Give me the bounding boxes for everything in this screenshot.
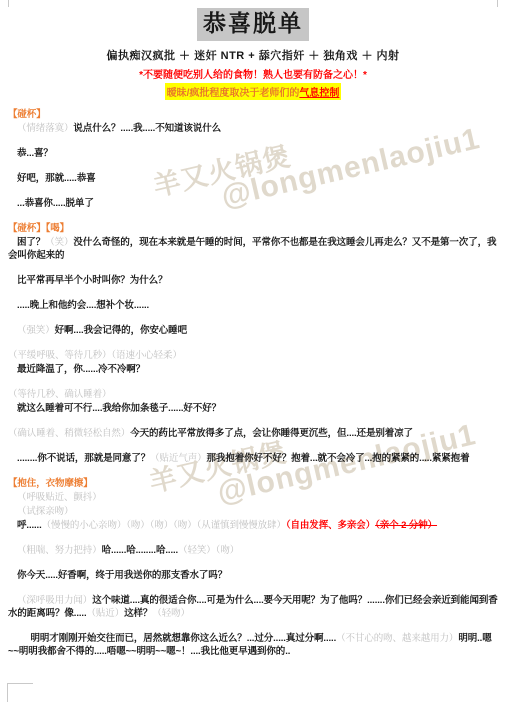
stage-direction: （粗喘、努力把持） — [17, 545, 102, 556]
dialog-text: ...恭喜你.....脱单了 — [17, 198, 94, 209]
dialog-text: 就这么睡着可不行....我给你加条毯子......好不好？ — [17, 403, 221, 414]
script-paragraph: 你今天.....好香啊，终于用我送你的那支香水了吗？ — [8, 569, 498, 582]
highlight-emphasis-text: 气息控制 — [299, 88, 339, 99]
stage-direction: （呼吸贴近、颤抖） — [17, 492, 102, 503]
stage-direction: （轻吻） — [152, 608, 190, 619]
document-header: 恭喜脱单 偏执痴汉疯批 ＋ 迷奸 NTR + 舔穴指奸 ＋ 独角戏 ＋ 内射 *… — [8, 8, 498, 101]
script-paragraph: 恭...喜？ — [8, 147, 498, 160]
script-paragraph: （等待几秒、确认睡着） — [8, 388, 498, 401]
highlight-line: 暧昧/疯批程度取决于老师们的气息控制 — [165, 83, 342, 100]
stage-direction: （试探亲吻） — [17, 506, 73, 517]
script-paragraph: 【抱住，衣物摩擦】 — [8, 477, 498, 490]
page-margin-mark-bottom-left — [7, 683, 33, 702]
script-paragraph: （呼吸贴近、颤抖） — [8, 491, 498, 504]
script-paragraph: （试探亲吻） — [8, 505, 498, 518]
dialog-text: 明明才刚刚开始交往而已，居然就想靠你这么近么？...过分.....真过分啊...… — [31, 633, 337, 644]
script-paragraph: 【碰杯】【喝】 — [8, 222, 498, 235]
script-paragraph: 比平常再早半个小时叫你？为什么？ — [8, 274, 498, 287]
script-paragraph: ........你不说话，那就是同意了？（贴近气声）那我抱着你好不好？抱着...… — [8, 452, 498, 465]
script-paragraph: 明明才刚刚开始交往而已，居然就想靠你这么近么？...过分.....真过分啊...… — [8, 632, 498, 658]
script-paragraph: 困了？（笑）没什么奇怪的，现在本来就是午睡的时间，平常你不也都是在我这睡会儿再走… — [8, 236, 498, 262]
stage-direction: （确认睡着、稍微轻松自然） — [8, 428, 130, 439]
stage-direction: （不甘心的吻、越来越用力） — [336, 633, 458, 644]
warning-line: *不要随便吃别人给的食物！熟人也要有防备之心！* — [8, 66, 498, 81]
section-header: 【碰杯】【喝】 — [8, 223, 69, 234]
stage-direction: （强笑） — [17, 325, 55, 336]
script-paragraph: （情绪落寞）说点什么？.....我.....不知道该说什么 — [8, 122, 498, 135]
highlight-prefix-text: 暧昧/疯批程度取决于老师们的 — [167, 88, 300, 99]
script-paragraph: 呼......（慢慢的小心亲吻）（吻）（吻）（吻）（从谨慎到慢慢放肆）（自由发挥… — [8, 519, 498, 532]
dialog-text: 今天的药比平常放得多了点，会让你睡得更沉些，但....还是别着凉了 — [130, 428, 413, 439]
stage-direction: （贴近气声） — [150, 453, 206, 464]
stage-direction: （情绪落寞） — [17, 123, 73, 134]
script-paragraph: 【碰杯】 — [8, 108, 498, 121]
page-title: 恭喜脱单 — [197, 8, 309, 41]
document-content: 恭喜脱单 偏执痴汉疯批 ＋ 迷奸 NTR + 舔穴指奸 ＋ 独角戏 ＋ 内射 *… — [0, 0, 506, 658]
stage-direction: （平缓呼吸、等待几秒）（语速小心轻柔） — [8, 350, 182, 361]
section-header: 【抱住，衣物摩擦】 — [8, 478, 93, 489]
script-body: 【碰杯】（情绪落寞）说点什么？.....我.....不知道该说什么恭...喜？好… — [8, 108, 498, 658]
document-page: 羊又火锅煲 @longmenlaojiu1 羊又火锅煲 @longmenlaoj… — [0, 0, 506, 708]
dialog-text: 好吧，那就.....恭喜 — [17, 173, 96, 184]
script-paragraph: （确认睡着、稍微轻松自然）今天的药比平常放得多了点，会让你睡得更沉些，但....… — [8, 427, 498, 440]
dialog-text: .....晚上和他约会....想补个妆...... — [17, 300, 149, 311]
dialog-text: 恭...喜？ — [17, 148, 53, 159]
dialog-text: 没什么奇怪的，现在本来就是午睡的时间，平常你不也都是在我这睡会儿再走么？又不是第… — [8, 237, 496, 261]
script-paragraph: （强笑）好啊....我会记得的，你安心睡吧 — [8, 324, 498, 337]
highlight-row: 暧昧/疯批程度取决于老师们的气息控制 — [8, 83, 498, 101]
script-paragraph: （深呼吸用力闻）这个味道....真的很适合你....可是为什么....要今天用呢… — [8, 594, 498, 620]
dialog-text: 这样？ — [124, 608, 152, 619]
stage-direction: （慢慢的小心亲吻）（吻）（吻）（吻）（从谨慎到慢慢放肆） — [42, 520, 286, 531]
script-paragraph: （粗喘、努力把持）哈......哈........哈.....（轻笑）（吻） — [8, 544, 498, 557]
dialog-text: 比平常再早半个小时叫你？为什么？ — [17, 275, 167, 286]
script-paragraph: 就这么睡着可不行....我给你加条毯子......好不好？ — [8, 402, 498, 415]
stage-direction: （笑） — [45, 237, 73, 248]
stage-direction: （深呼吸用力闻） — [17, 595, 92, 606]
script-paragraph: 最近降温了，你......冷不冷啊？ — [8, 363, 498, 376]
dialog-text: 你今天.....好香啊，终于用我送你的那支香水了吗？ — [17, 570, 227, 581]
dialog-text: 困了？ — [17, 237, 45, 248]
script-paragraph: 好吧，那就.....恭喜 — [8, 172, 498, 185]
dialog-text: 好啊....我会记得的，你安心睡吧 — [55, 325, 187, 336]
dialog-text: 呼...... — [17, 520, 42, 531]
dialog-text: 最近降温了，你......冷不冷啊？ — [17, 364, 145, 375]
dialog-text: 哈......哈........哈..... — [102, 545, 178, 556]
stage-direction: （贴近） — [87, 608, 125, 619]
dialog-text: 说点什么？.....我.....不知道该说什么 — [73, 123, 221, 134]
script-paragraph: ...恭喜你.....脱单了 — [8, 197, 498, 210]
section-header: 【碰杯】 — [8, 109, 46, 120]
note-red-strikethrough: （亲个 2 分钟） — [375, 520, 437, 531]
stage-direction: （轻笑）（吻） — [178, 545, 239, 556]
script-paragraph: .....晚上和他约会....想补个妆...... — [8, 299, 498, 312]
script-paragraph: （平缓呼吸、等待几秒）（语速小心轻柔） — [8, 349, 498, 362]
tags-line: 偏执痴汉疯批 ＋ 迷奸 NTR + 舔穴指奸 ＋ 独角戏 ＋ 内射 — [8, 47, 498, 63]
stage-direction: （等待几秒、确认睡着） — [8, 389, 111, 400]
note-red: （自由发挥、多亲会） — [286, 520, 375, 531]
dialog-text: ........你不说话，那就是同意了？ — [17, 453, 150, 464]
dialog-text: 那我抱着你好不好？抱着...就不会冷了...抱的紧紧的.....紧紧抱着 — [207, 453, 470, 464]
